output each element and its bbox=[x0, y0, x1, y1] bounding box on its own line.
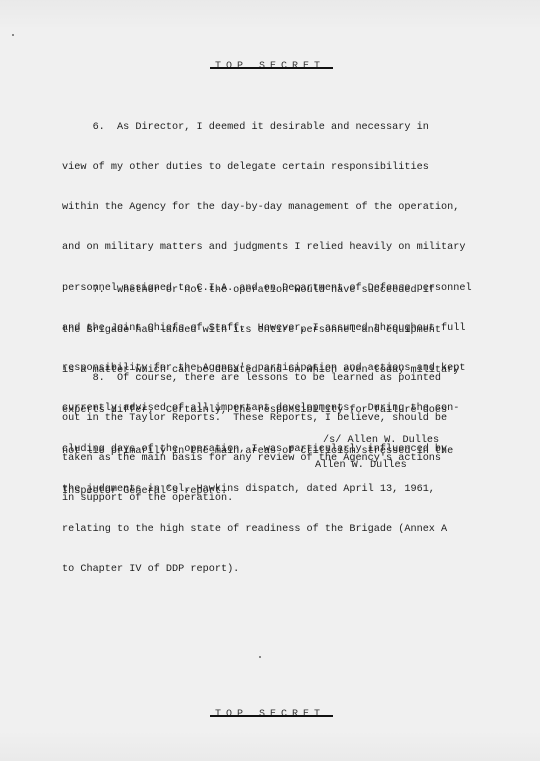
paragraph-line: and on military matters and judgments I … bbox=[62, 241, 482, 254]
paper-speck bbox=[259, 656, 261, 658]
paper-speck bbox=[12, 34, 14, 36]
classification-marking-top: TOP SECRET bbox=[0, 61, 540, 72]
paragraph-line: in support of the operation. bbox=[62, 492, 482, 505]
paragraph-line: to Chapter IV of DDP report). bbox=[62, 563, 482, 576]
paragraph-line: the Brigade had landed with its entire p… bbox=[62, 324, 482, 337]
signature-typed-name: Allen W. Dulles bbox=[315, 459, 407, 472]
classification-text: TOP SECRET bbox=[213, 61, 327, 72]
paragraph-line: 8. Of course, there are lessons to be le… bbox=[62, 372, 482, 385]
paragraph-line: out in the Taylor Reports. These Reports… bbox=[62, 412, 482, 425]
paragraph-line: taken as the main basis for any review o… bbox=[62, 452, 482, 465]
document-page: TOP SECRET 6. As Director, I deemed it d… bbox=[0, 0, 540, 761]
paragraph-line: within the Agency for the day-by-day man… bbox=[62, 201, 482, 214]
classification-text: TOP SECRET bbox=[213, 709, 327, 720]
paragraph-line: 6. As Director, I deemed it desirable an… bbox=[62, 121, 482, 134]
paragraph-line: 7. Whether or not the operation would ha… bbox=[62, 284, 482, 297]
paragraph-line: view of my other duties to delegate cert… bbox=[62, 161, 482, 174]
signature-signed-line: /s/ Allen W. Dulles bbox=[323, 434, 439, 447]
classification-marking-bottom: TOP SECRET bbox=[0, 709, 540, 720]
